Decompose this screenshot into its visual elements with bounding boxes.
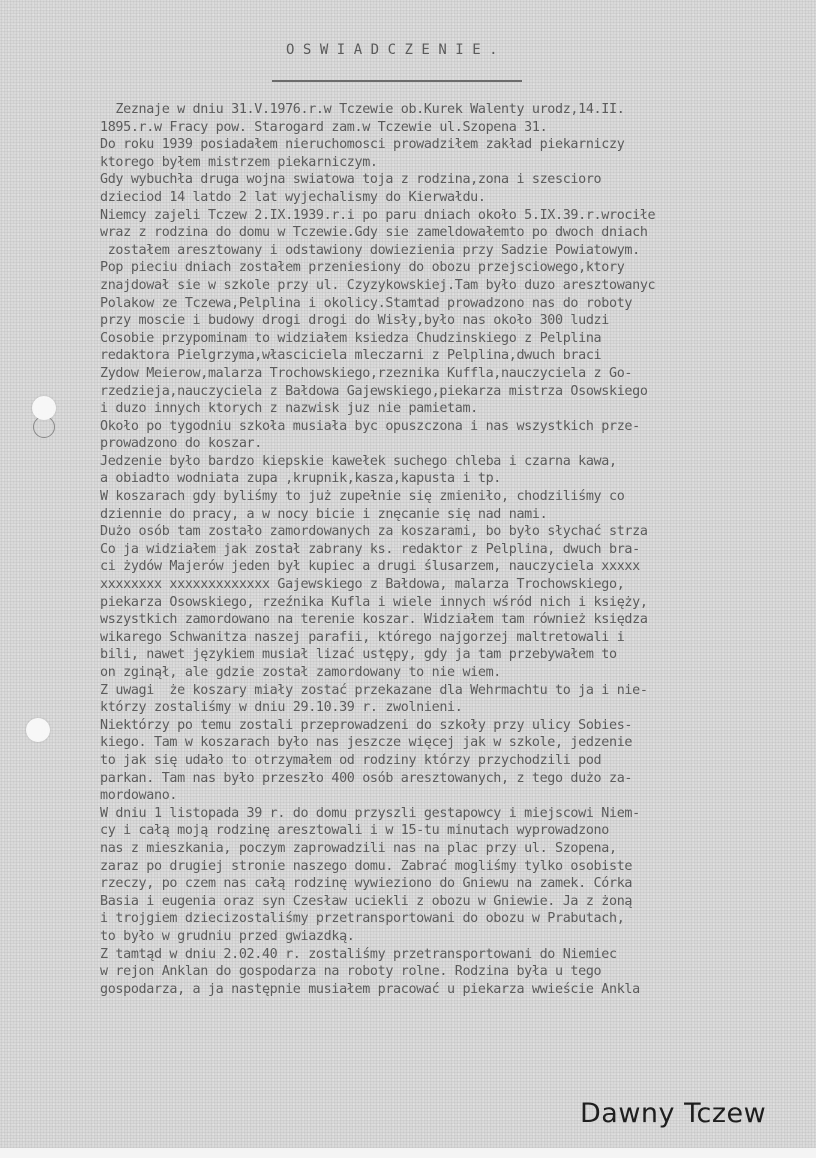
text-line: Dużo osób tam zostało zamordowanych za k… (100, 523, 816, 541)
text-line: rzedzieja,nauczyciela z Bałdowa Gajewski… (100, 383, 816, 401)
text-line: dziennie do pracy, a w nocy bicie i znęc… (100, 506, 816, 524)
text-line: w rejon Anklan do gospodarza na roboty r… (100, 963, 816, 981)
text-line: zostałem aresztowany i odstawiony dowiez… (100, 242, 816, 260)
text-line: prowadzono do koszar. (100, 435, 816, 453)
text-line: dzieciod 14 latdo 2 lat wyjechalismy do … (100, 189, 816, 207)
text-line: przy moscie i budowy drogi drogi do Wisł… (100, 312, 816, 330)
text-line: znajdował sie w szkole przy ul. Czyzykow… (100, 277, 816, 295)
scan-bottom-margin (0, 1148, 816, 1158)
text-line: cy i całą moją rodzinę aresztowali i w 1… (100, 822, 816, 840)
text-line: Cosobie przypominam to widziałem ksiedza… (100, 330, 816, 348)
text-line: Zeznaje w dniu 31.V.1976.r.w Tczewie ob.… (100, 101, 816, 119)
text-line: gospodarza, a ja następnie musiałem prac… (100, 981, 816, 999)
text-line: on zginął, ale gdzie został zamordowany … (100, 664, 816, 682)
text-line: wraz z rodzina do domu w Tczewie.Gdy sie… (100, 224, 816, 242)
text-line: Gdy wybuchła druga wojna swiatowa toja z… (100, 171, 816, 189)
text-line: zaraz po drugiej stronie naszego domu. Z… (100, 858, 816, 876)
text-line: Polakow ze Tczewa,Pelplina i okolicy.Sta… (100, 295, 816, 313)
text-line: ktorego byłem mistrzem piekarniczym. (100, 154, 816, 172)
text-line: wszystkich zamordowano na terenie koszar… (100, 611, 816, 629)
text-line: Niektórzy po temu zostali przeprowadzeni… (100, 717, 816, 735)
text-line: parkan. Tam nas było przeszło 400 osób a… (100, 770, 816, 788)
punch-hole-icon (32, 396, 56, 420)
text-line: mordowano. (100, 787, 816, 805)
text-line: i duzo innych ktorych z nazwisk juz nie … (100, 400, 816, 418)
watermark-label: Dawny Tczew (580, 1098, 766, 1129)
text-line: Około po tygodniu szkoła musiała byc opu… (100, 418, 816, 436)
text-line: 1895.r.w Fracy pow. Starogard zam.w Tcze… (100, 119, 816, 137)
text-line: piekarza Osowskiego, rzeźnika Kufla i wi… (100, 594, 816, 612)
text-line: rzeczy, po czem nas całą rodzinę wywiezi… (100, 875, 816, 893)
text-line: Pop pieciu dniach zostałem przeniesiony … (100, 259, 816, 277)
typewritten-body: Zeznaje w dniu 31.V.1976.r.w Tczewie ob.… (100, 101, 816, 998)
text-line: Jedzenie było bardzo kiepskie kawełek su… (100, 453, 816, 471)
punch-hole-icon (26, 718, 50, 742)
text-line: xxxxxxxx xxxxxxxxxxxxx Gajewskiego z Bał… (100, 576, 816, 594)
text-line: którzy zostaliśmy w dniu 29.10.39 r. zwo… (100, 699, 816, 717)
text-line: wikarego Schwanitza naszej parafii, któr… (100, 629, 816, 647)
text-line: a obiadto wodniata zupa ,krupnik,kasza,k… (100, 470, 816, 488)
title-underline (272, 80, 522, 82)
text-line: Co ja widziałem jak został zabrany ks. r… (100, 541, 816, 559)
text-line: Do roku 1939 posiadałem nieruchomosci pr… (100, 136, 816, 154)
text-line: W dniu 1 listopada 39 r. do domu przyszl… (100, 805, 816, 823)
text-line: Z tamtąd w dniu 2.02.40 r. zostaliśmy pr… (100, 946, 816, 964)
text-line: Zydow Meierow,malarza Trochowskiego,rzez… (100, 365, 816, 383)
text-line: bili, nawet językiem musiał lizać ustępy… (100, 646, 816, 664)
scanned-page: OSWIADCZENIE. Zeznaje w dniu 31.V.1976.r… (0, 0, 816, 1148)
text-line: nas z mieszkania, poczym zaprowadzili na… (100, 840, 816, 858)
text-line: kiego. Tam w koszarach było nas jeszcze … (100, 734, 816, 752)
text-line: Niemcy zajeli Tczew 2.IX.1939.r.i po par… (100, 207, 816, 225)
text-line: Basia i eugenia oraz syn Czesław uciekli… (100, 893, 816, 911)
text-line: Z uwagi że koszary miały zostać przekaza… (100, 682, 816, 700)
text-line: i trojgiem dziecizostaliśmy przetranspor… (100, 910, 816, 928)
text-line: redaktora Pielgrzyma,własciciela mleczar… (100, 347, 816, 365)
text-line: ci żydów Majerów jeden był kupiec a drug… (100, 558, 816, 576)
document-title: OSWIADCZENIE. (286, 42, 506, 58)
text-line: to jak się udało to otrzymałem od rodzin… (100, 752, 816, 770)
text-line: to było w grudniu przed gwiazdką. (100, 928, 816, 946)
text-line: W koszarach gdy byliśmy to już zupełnie … (100, 488, 816, 506)
